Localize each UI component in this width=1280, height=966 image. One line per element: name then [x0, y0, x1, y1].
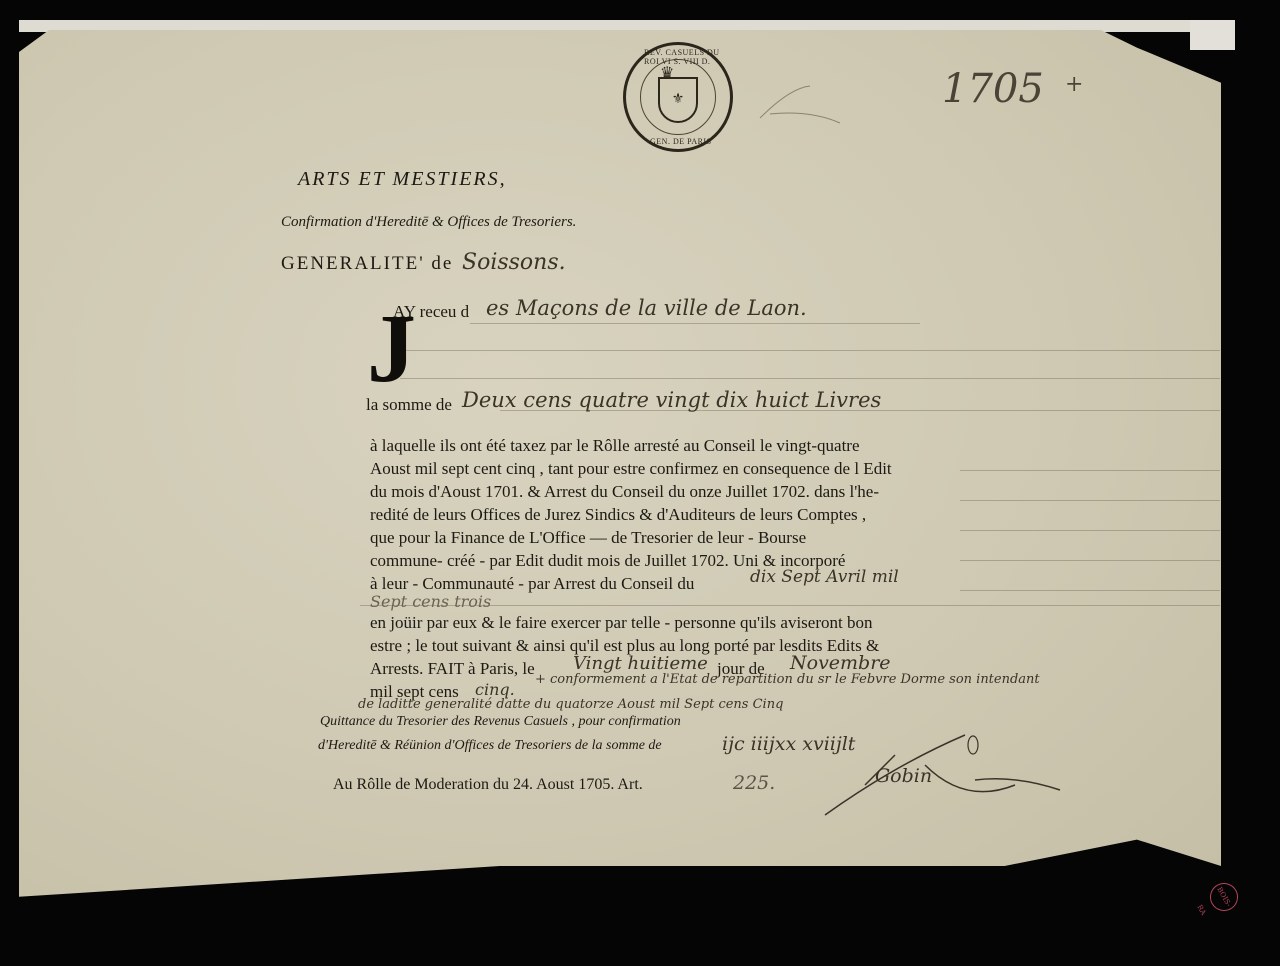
seal-text-bottom: GEN. DE PARIS [650, 137, 712, 146]
body-line: Arrests. FAIT à Paris, le [370, 659, 535, 679]
pencil-mark-icon [750, 78, 850, 138]
received-from: es Maçons de la ville de Laon. [486, 296, 807, 320]
day-handwritten: Vingt huitieme [573, 653, 708, 674]
footer-line-2: d'Hereditē & Réünion d'Offices de Tresor… [318, 738, 662, 754]
royal-seal-stamp: REV. CASUELS DU ROI VI S. VIII D. GEN. D… [623, 42, 733, 152]
sum-label: la somme de [366, 395, 452, 415]
role-line: Au Rôlle de Moderation du 24. Aoust 1705… [333, 776, 643, 794]
body-line: redité de leurs Offices de Jurez Sindics… [370, 505, 866, 525]
footer-line-1: Quittance du Tresorier des Revenus Casue… [320, 714, 681, 730]
rule-line [470, 323, 920, 324]
body-line: du mois d'Aoust 1701. & Arrest du Consei… [370, 482, 879, 502]
body-line: en joüir par eux & le faire exercer par … [370, 613, 872, 633]
fleur-de-lis-icon: ⚜ [658, 77, 698, 123]
heading: ARTS ET MESTIERS, [298, 168, 507, 191]
library-stamp: BOIS-RA [1205, 878, 1243, 916]
body-line: Aoust mil sept cent cinq , tant pour est… [370, 459, 892, 479]
subheading: Confirmation d'Hereditē & Offices de Tre… [281, 214, 576, 231]
annotation-line-2: de laditte generalité datte du quatorze … [358, 697, 783, 712]
article-handwritten: 225. [733, 772, 775, 794]
council-date-handwritten: dix Sept Avril mil [750, 567, 899, 587]
received-prefix: AY receu d [393, 302, 469, 322]
body-line: à leur - Communauté - par Arrest du Cons… [370, 574, 694, 594]
signature-flourish-icon [815, 725, 1065, 825]
rule-line [960, 560, 1220, 561]
seal-text-top: REV. CASUELS DU ROI VI S. VIII D. [644, 48, 730, 66]
sum-value: Deux cens quatre vingt dix huict Livres [462, 388, 881, 412]
month-handwritten: Novembre [790, 652, 891, 674]
generalite-label: GENERALITE' de [281, 253, 453, 275]
rule-line [960, 530, 1220, 531]
signature: Gobin [875, 765, 932, 787]
rule-line [960, 470, 1220, 471]
council-year-handwritten: Sept cens trois [370, 592, 491, 611]
annotation-line-1: + conformement a l'Etat de repartition d… [535, 672, 1040, 687]
rule-line [960, 590, 1220, 591]
body-line: que pour la Finance de L'Office — de Tre… [370, 528, 806, 548]
paper-corner-fold [1190, 20, 1235, 50]
rule-line [400, 378, 1220, 379]
generalite-value: Soissons. [462, 250, 566, 275]
rule-line [400, 350, 1220, 351]
rule-line [960, 500, 1220, 501]
body-line: à laquelle ils ont été taxez par le Rôll… [370, 436, 860, 456]
archive-number-mark: + [1065, 72, 1083, 97]
archive-number: 1705 [942, 66, 1044, 112]
